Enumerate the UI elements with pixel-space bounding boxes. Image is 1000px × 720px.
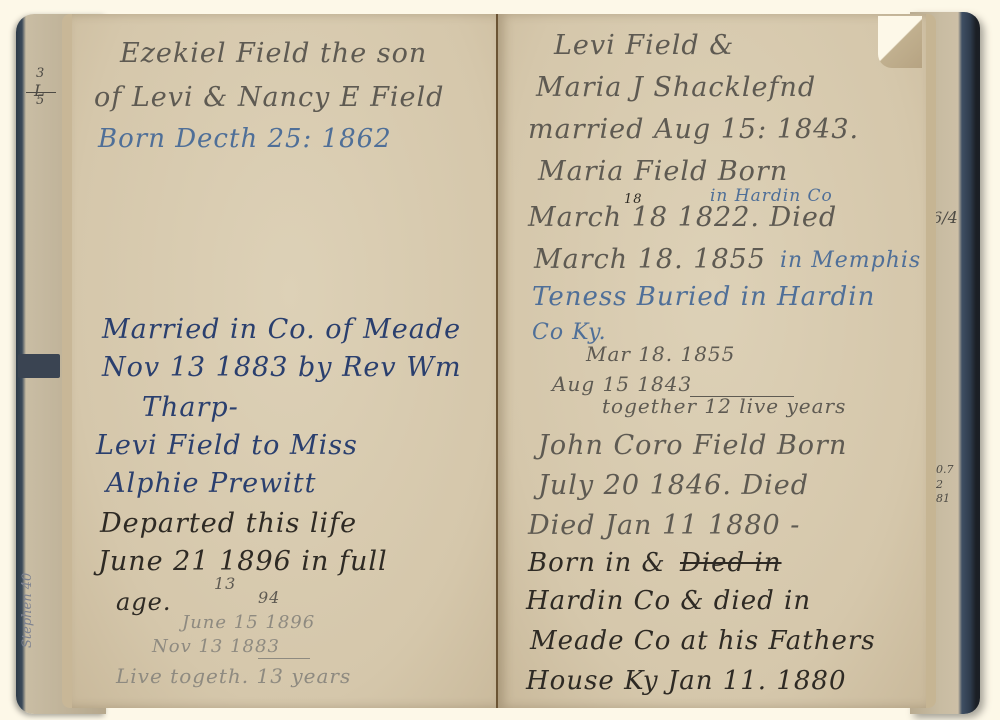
entry-married-line3: Tharp- [142, 392, 239, 423]
entry-married-line5: Alphie Prewitt [106, 468, 317, 499]
margin-note-right-lower-1: 0.7 [936, 463, 954, 476]
entry-maria-memphis: in Memphis [780, 248, 921, 273]
calc-underline [258, 658, 310, 659]
calc-june: June 15 1896 [182, 612, 315, 633]
entry-levi-maria-line1: Levi Field & [554, 30, 734, 61]
right-page: Levi Field & Maria J Shacklefnd married … [498, 14, 936, 708]
margin-note-vertical: Stephen 40 [20, 573, 35, 648]
margin-note-fraction-bottom: 5 [36, 93, 44, 108]
calc-result: Live togeth. 13 years [116, 664, 351, 688]
entry-john-line6: Meade Co at his Fathers [530, 626, 876, 656]
calc-together: together 12 live years [602, 394, 846, 418]
entry-john-line5: Hardin Co & died in [526, 586, 811, 616]
entry-married-line4: Levi Field to Miss [96, 430, 358, 461]
entry-maria-correction-18: 18 [624, 192, 643, 207]
entry-john-born-in: Born in & [528, 548, 666, 578]
left-page: Ezekiel Field the son of Levi & Nancy E … [62, 14, 508, 708]
entry-departed-line1: Departed this life [100, 508, 357, 539]
entry-departed-line2: June 21 1896 in full [98, 546, 388, 577]
entry-john-line1: John Coro Field Born [538, 430, 847, 461]
margin-note-right-lower-2: 2 [936, 478, 943, 491]
entry-john-line2: July 20 1846. Died [538, 470, 809, 501]
entry-john-struck-text: Died in [680, 548, 782, 578]
entry-departed-age: age. [116, 588, 172, 616]
open-book: 3 L 5 Stephen 40 6/4 0.7 2 81 Ezekiel Fi… [10, 8, 982, 714]
calc-nov: Nov 13 1883 [152, 636, 280, 657]
entry-departed-correction-13: 13 [214, 574, 236, 593]
calc-aug-1843: Aug 15 1843 [552, 372, 692, 396]
entry-ezekiel-line2: of Levi & Nancy E Field [94, 82, 444, 113]
calc-mar-1855: Mar 18. 1855 [586, 342, 735, 366]
margin-note-right-lower-3: 81 [936, 492, 950, 505]
entry-married-line2: Nov 13 1883 by Rev Wm [102, 352, 462, 383]
margin-note-fraction-top: 3 [36, 66, 44, 81]
entry-departed-correction-94: 94 [258, 588, 280, 607]
entry-ezekiel-line1: Ezekiel Field the son [120, 38, 427, 69]
entry-levi-maria-line3: married Aug 15: 1843. [528, 114, 859, 145]
entry-maria-buried: Teness Buried in Hardin [532, 282, 875, 312]
entry-maria-born: Maria Field Born [538, 156, 788, 187]
cover-tab-mark [18, 354, 60, 378]
entry-john-line7: House Ky Jan 11. 1880 [526, 666, 847, 696]
entry-levi-maria-line2: Maria J Shacklefnd [536, 72, 816, 103]
entry-maria-died: March 18. 1855 [534, 244, 766, 275]
folded-corner [878, 16, 922, 68]
entry-maria-march: March 18 1822. Died [528, 202, 837, 233]
entry-john-line3: Died Jan 11 1880 - [528, 510, 800, 541]
entry-ezekiel-born: Born Decth 25: 1862 [98, 124, 392, 154]
entry-married-line1: Married in Co. of Meade [102, 314, 461, 345]
